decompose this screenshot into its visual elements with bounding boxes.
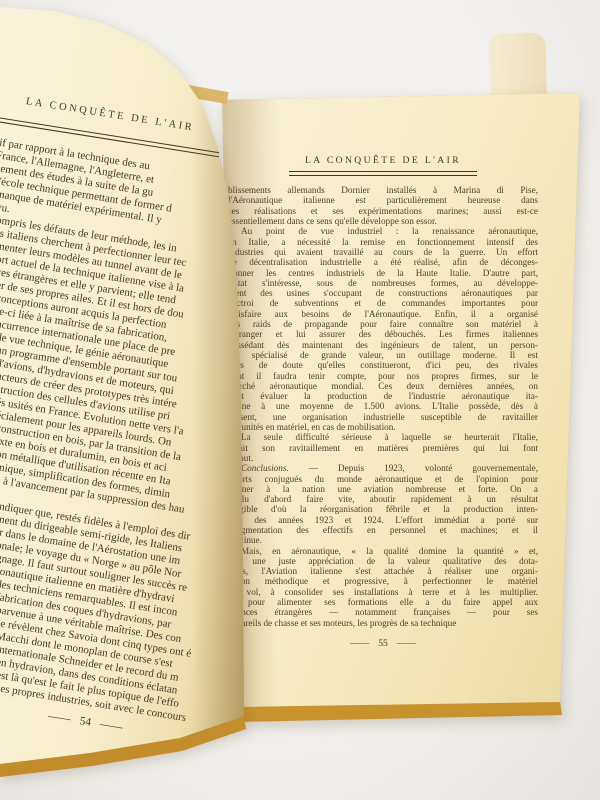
text-line: continue. (228, 535, 538, 545)
text-line: l'octroi de subventions et de commandes … (228, 298, 538, 308)
text-line: sive des années 1923 et 1924. L'effort i… (228, 515, 538, 525)
text-line: serait son ravitaillement en matières pr… (228, 443, 538, 453)
text-line: hors de doute qu'elles constitueront, d'… (228, 360, 538, 370)
dash: —— (99, 719, 124, 734)
body-text: blissements allemands Dornier installés … (228, 185, 538, 628)
page-number-value: 55 (369, 638, 397, 649)
text-line: des raids de propagande pour faire conna… (228, 319, 538, 329)
text-line: Mais, en aéronautique, « la qualité domi… (228, 546, 538, 556)
text-line: l'Etat s'intéresse, sous de nombreuses f… (228, 278, 538, 288)
text-line: en Italie, a nécessité la remise en fonc… (228, 237, 538, 247)
text-line: La seule difficulté sérieuse à laquelle … (228, 432, 538, 442)
page-corner-behind (489, 32, 547, 100)
left-page: LA CONQUÊTE DE L'AIR tif par rapport à l… (0, 0, 250, 792)
text-line: sation méthodique et progressive, à perf… (228, 576, 538, 586)
text-line: Au point de vue industriel : la renaissa… (228, 226, 538, 236)
text-line: peut évaluer la production de l'industri… (228, 391, 538, 401)
text-line: voulu d'abord faire vite, aboutir rapide… (228, 494, 538, 504)
text-line: l'augmentation des effectifs en personne… (228, 525, 538, 535)
text-line: appareils de chasse et ses moteurs, les … (228, 618, 538, 628)
text-line: Si pour alimenter ses formations elle a … (228, 597, 538, 607)
text-line: tionner les centres industriels de la Ha… (228, 268, 538, 278)
text-line: ment des usines s'occupant de constructi… (228, 288, 538, 298)
right-page: LA CONQUÊTE DE L'AIR blissements alleman… (220, 93, 584, 733)
text-line: ses réalisations et ses expérimentations… (228, 206, 538, 216)
gutter-shadow (192, 0, 250, 792)
text-line: possédant dès maintenant des ingénieurs … (228, 340, 538, 350)
text-line: donner à la nation une aviation nombreus… (228, 484, 538, 494)
page-number: ——55—— (228, 638, 538, 649)
dash: —— (47, 710, 72, 725)
text-line: de décentralisation industrielle a été r… (228, 257, 538, 267)
page-number: ——54—— (47, 710, 123, 734)
text-line: dont il faudra tenir compte, pour nos pr… (228, 371, 538, 381)
text-line: marché aéronautique mondial. Ces deux de… (228, 381, 538, 391)
book-photo: LA CONQUÊTE DE L'AIR blissements alleman… (0, 0, 600, 800)
text-line: par une juste appréciation de la valeur … (228, 556, 538, 566)
text-line: essentiellement dans ce sens qu'elle dév… (228, 216, 538, 226)
right-page-face: LA CONQUÊTE DE L'AIR blissements alleman… (220, 93, 584, 733)
text-line: tions, l'Aviation italienne s'est attach… (228, 566, 538, 576)
text-line: nel spécialisé de grande valeur, un outi… (228, 350, 538, 360)
text-line: de vol, à consolider ses installations à… (228, 587, 538, 597)
dash: —— (350, 638, 369, 649)
running-head: LA CONQUÊTE DE L'AIR (228, 155, 538, 166)
text-line: satisfaire aux besoins de l'Aéronautique… (228, 309, 538, 319)
right-page-content: LA CONQUÊTE DE L'AIR blissements alleman… (228, 93, 538, 649)
text-line: lienne à une moyenne de 1.500 avions. L'… (228, 401, 538, 411)
text-line: défaut. (228, 453, 538, 463)
text-line: l'étranger et lui assurer des débouchés.… (228, 329, 538, 339)
text-line: l'Aéronautique italienne est particulièr… (228, 195, 538, 205)
text-line: licences étrangères — notamment français… (228, 607, 538, 617)
head-rule (289, 171, 477, 176)
text-line: ses unités en matériel, en cas de mobili… (228, 422, 538, 432)
text-line: Conclusions. — Depuis 1923, volonté gouv… (228, 463, 538, 473)
text-line: présent, une organisation industrielle s… (228, 412, 538, 422)
text-line: industries qui avaient travaillé au cour… (228, 247, 538, 257)
left-page-face: LA CONQUÊTE DE L'AIR tif par rapport à l… (0, 0, 250, 792)
text-line: tangible d'où la réorganisation fébrile … (228, 504, 538, 514)
page-number-value: 54 (70, 714, 101, 730)
dash: —— (397, 638, 416, 649)
text-line: blissements allemands Dornier installés … (228, 185, 538, 195)
text-line: efforts conjugués du monde aéronautique … (228, 474, 538, 484)
